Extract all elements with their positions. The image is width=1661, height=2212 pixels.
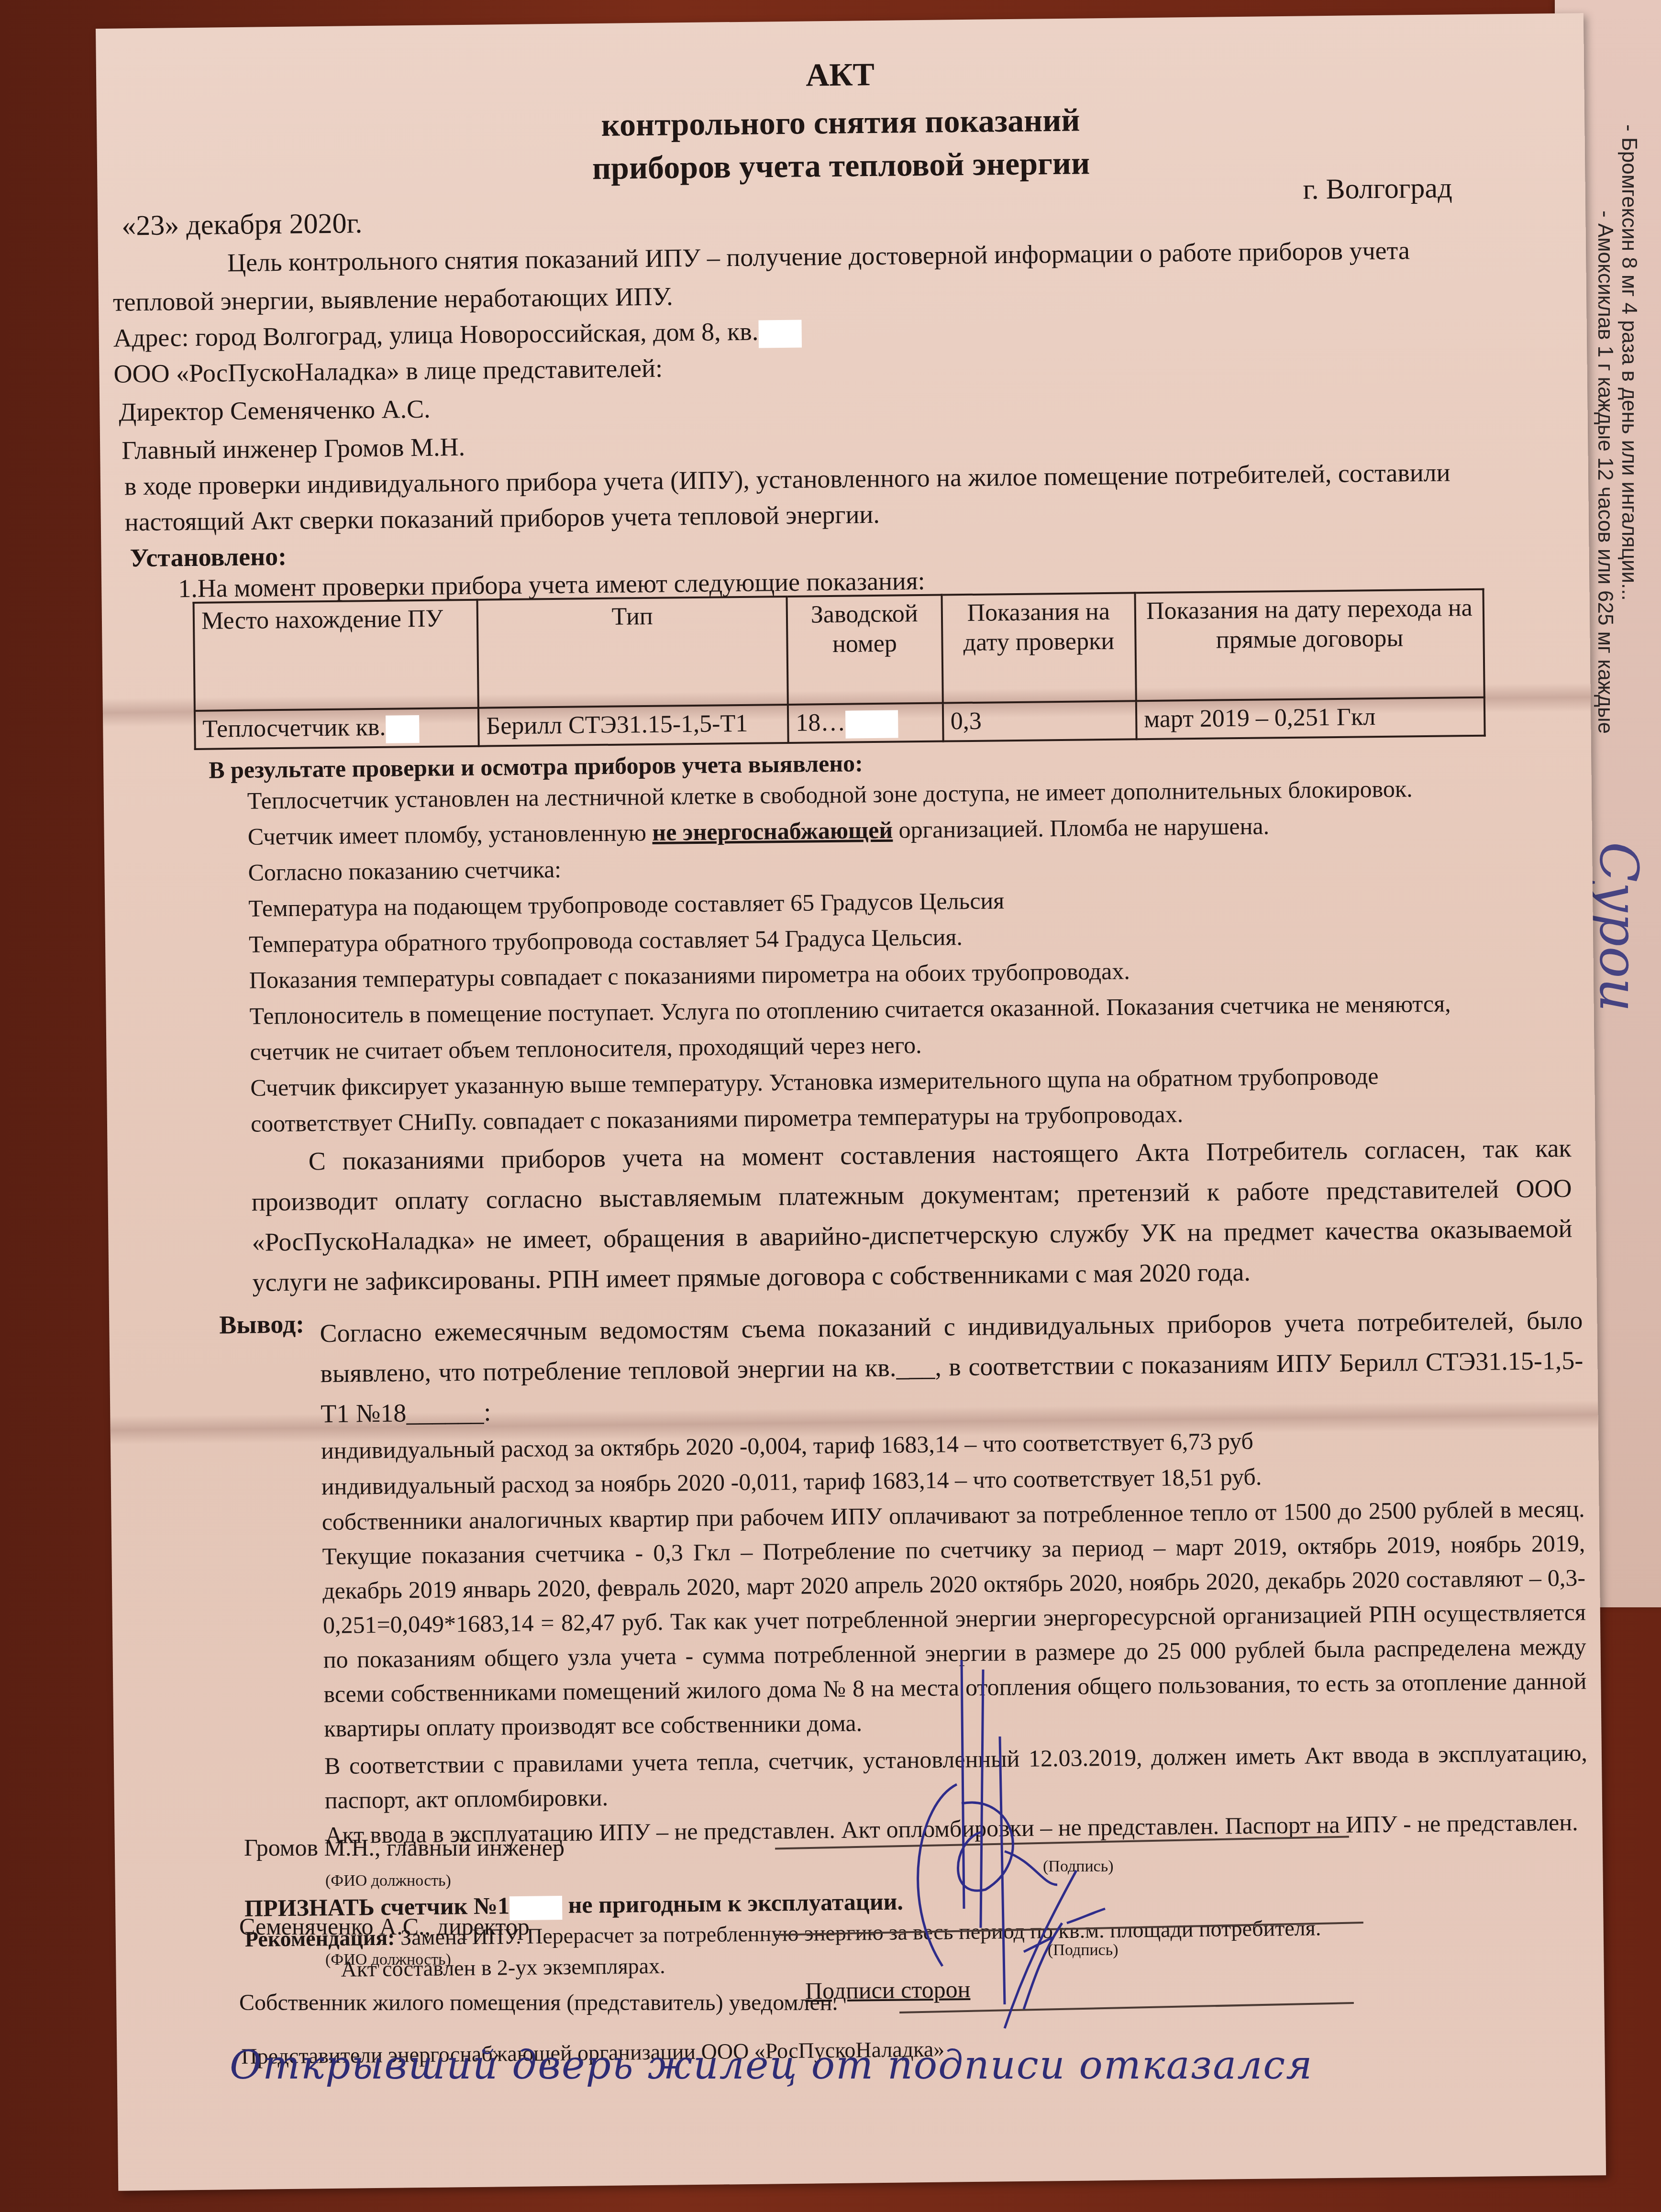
seal-text: Счетчик имеет пломбу, установленную [247, 819, 652, 850]
column-header: Тип [477, 597, 788, 708]
side-document-line: - Бромгексин 8 мг 4 раза в день или инга… [1617, 124, 1641, 601]
signer-caption: (ФИО должность) [325, 1945, 451, 1975]
finding-line: Температура обратного трубопровода соста… [249, 921, 963, 960]
address-line: Адрес: город Волгоград, улица Новороссий… [113, 316, 801, 355]
consumer-paragraph: С показаниями приборов учета на момент с… [251, 1128, 1572, 1303]
redacted-apartment [386, 715, 420, 743]
handwritten-note: Открывший дверь жилец от подписи отказал… [230, 2043, 1313, 2088]
finding-line: Согласно показанию счетчика: [248, 854, 561, 888]
signer-name: Громов М.Н., главный инженер [244, 1832, 565, 1863]
owner-notified: Собственник жилого помещения (представит… [239, 1988, 838, 2018]
representative-director: Директор Семеняченко А.С. [119, 394, 431, 428]
seal-emphasis: не энергоснабжающей [652, 817, 893, 846]
conclusion-heading: Вывод: [219, 1309, 304, 1340]
signer-caption: (ФИО должность) [325, 1866, 451, 1896]
table-cell: март 2019 – 0,251 Гкл [1136, 697, 1485, 740]
cell-text: Теплосчетчик кв. [202, 714, 386, 743]
finding-line: счетчик не считает объем теплоносителя, … [250, 1029, 922, 1067]
representative-engineer: Главный инженер Громов М.Н. [122, 431, 465, 466]
table-cell: 18… [788, 703, 943, 743]
side-document-line: - Амоксиклав 1 г каждые 12 часов или 625… [1593, 210, 1617, 734]
redacted-serial [845, 710, 898, 739]
table-header-row: Место нахождение ПУ Тип Заводской номер … [194, 589, 1484, 711]
seal-line: Счетчик имеет пломбу, установленную не э… [247, 810, 1269, 852]
document-date: «23» декабря 2020г. [122, 208, 363, 241]
column-header: Показания на дату проверки [941, 593, 1136, 703]
consumption-november: индивидуальный расход за ноябрь 2020 -0,… [321, 1461, 1262, 1502]
address-text: Адрес: город Волгоград, улица Новороссий… [113, 317, 758, 353]
readings-table: Место нахождение ПУ Тип Заводской номер … [193, 588, 1486, 750]
finding-line: Теплоноситель в помещение поступает. Усл… [249, 988, 1451, 1031]
act-document: АКТ контрольного снятия показаний прибор… [96, 13, 1606, 2190]
redacted-apartment [758, 320, 802, 348]
finding-line: Температура на подающем трубопроводе сос… [248, 885, 1005, 924]
document-title: АКТ [96, 46, 1584, 102]
conclusion-paragraph: Согласно ежемесячным ведомостям съема по… [320, 1300, 1583, 1434]
document-city: г. Волгоград [1303, 172, 1452, 204]
verdict-text: не пригодным к эксплуатации. [562, 1888, 903, 1918]
finding-line: Показания температуры совпадает с показа… [249, 955, 1130, 995]
finding-line: соответствует СНиПу. совпадает с показан… [251, 1098, 1184, 1139]
intro-line: в ходе проверки индивидуального прибора … [124, 457, 1451, 501]
side-handwriting: Сурои [1588, 842, 1650, 1012]
established-heading: Установлено: [130, 541, 287, 573]
column-header: Место нахождение ПУ [194, 600, 478, 711]
seal-text: организацией. Пломба не нарушена. [893, 812, 1269, 843]
column-header: Заводской номер [787, 595, 943, 705]
signature-semenyachenko-icon [995, 1866, 1119, 2038]
table-cell: Берилл СТЭ31.15-1,5-Т1 [478, 705, 788, 746]
purpose-line: Цель контрольного снятия показаний ИПУ –… [227, 235, 1410, 278]
column-header: Показания на дату перехода на прямые дог… [1135, 589, 1484, 701]
company-line: ООО «РосПускоНаладка» в лице представите… [113, 353, 663, 389]
intro-line: настоящий Акт сверки показаний приборов … [124, 499, 880, 538]
cell-text: 18… [796, 709, 846, 737]
signer-name: Семеняченко А.С., директор [239, 1911, 530, 1942]
table-cell: 0,3 [943, 701, 1137, 741]
table-cell: Теплосчетчик кв. [195, 708, 479, 749]
finding-line: Счетчик фиксирует указанную выше темпера… [250, 1061, 1379, 1103]
purpose-line: тепловой энергии, выявление неработающих… [113, 281, 673, 317]
